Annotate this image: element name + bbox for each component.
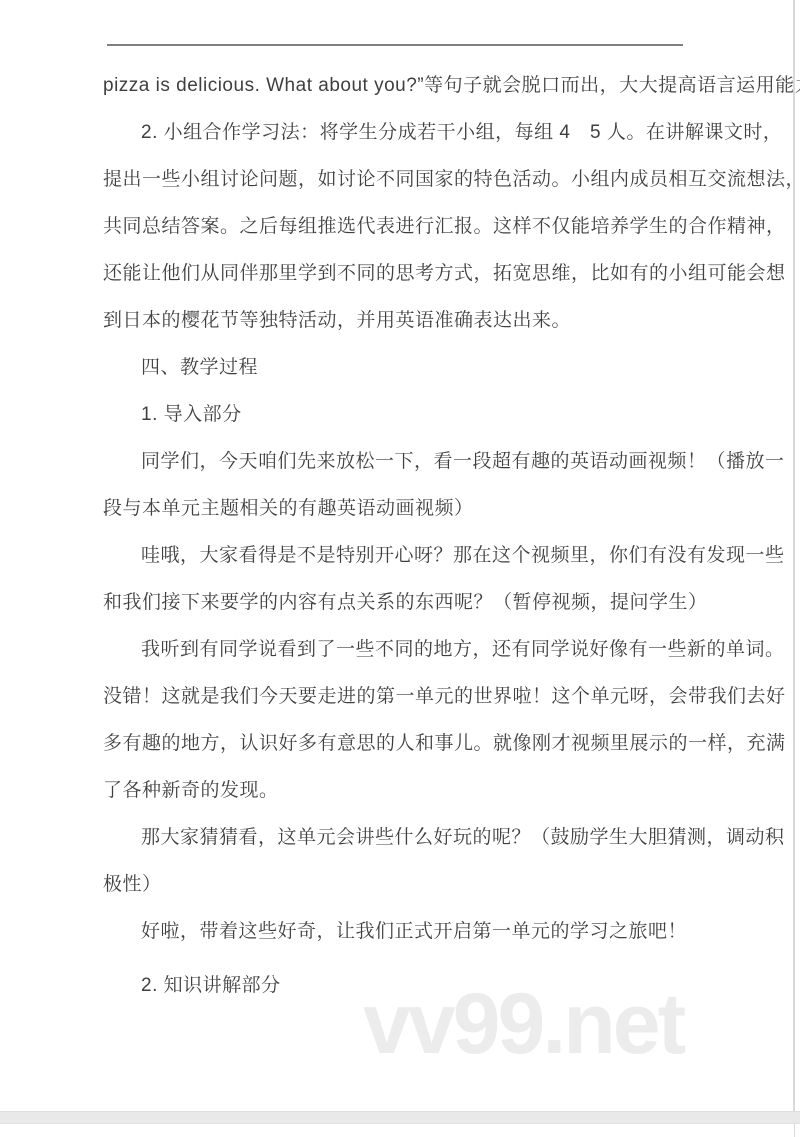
document-page: vv99.net pizza is delicious. What about … (0, 0, 794, 1111)
text-line: 2. 小组合作学习法：将学生分成若干小组，每组 4 5 人。在讲解课文时， (103, 109, 687, 156)
document-body-text: pizza is delicious. What about you?”等句子就… (103, 62, 687, 1009)
page-gap-band (0, 1111, 800, 1124)
text-line: 到日本的樱花节等独特活动，并用英语准确表达出来。 (103, 297, 687, 344)
text-line: 1. 导入部分 (103, 391, 687, 438)
text-line: 多有趣的地方，认识好多有意思的人和事儿。就像刚才视频里展示的一样，充满 (103, 720, 687, 767)
text-line: 和我们接下来要学的内容有点关系的东西呢？（暂停视频，提问学生） (103, 579, 687, 626)
document-viewer: vv99.net pizza is delicious. What about … (0, 0, 800, 1137)
text-line: pizza is delicious. What about you?”等句子就… (103, 62, 687, 109)
text-line: 四、教学过程 (103, 344, 687, 391)
text-line: 没错！这就是我们今天要走进的第一单元的世界啦！这个单元呀，会带我们去好 (103, 673, 687, 720)
text-line: 共同总结答案。之后每组推选代表进行汇报。这样不仅能培养学生的合作精神， (103, 203, 687, 250)
text-line: 同学们，今天咱们先来放松一下，看一段超有趣的英语动画视频！（播放一 (103, 438, 687, 485)
header-rule (107, 44, 683, 46)
text-line: 我听到有同学说看到了一些不同的地方，还有同学说好像有一些新的单词。 (103, 626, 687, 673)
page-right-edge (793, 0, 795, 1137)
text-line: 了各种新奇的发现。 (103, 767, 687, 814)
text-line: 哇哦，大家看得是不是特别开心呀？那在这个视频里，你们有没有发现一些 (103, 532, 687, 579)
text-line: 2. 知识讲解部分 (103, 962, 687, 1009)
text-line: 好啦，带着这些好奇，让我们正式开启第一单元的学习之旅吧！ (103, 908, 687, 955)
text-line: 那大家猜猜看，这单元会讲些什么好玩的呢？（鼓励学生大胆猜测，调动积 (103, 814, 687, 861)
text-line: 提出一些小组讨论问题，如讨论不同国家的特色活动。小组内成员相互交流想法， (103, 156, 687, 203)
text-line: 还能让他们从同伴那里学到不同的思考方式，拓宽思维，比如有的小组可能会想 (103, 250, 687, 297)
next-page-top (0, 1124, 794, 1137)
text-line: 段与本单元主题相关的有趣英语动画视频） (103, 485, 687, 532)
text-line: 极性） (103, 861, 687, 908)
